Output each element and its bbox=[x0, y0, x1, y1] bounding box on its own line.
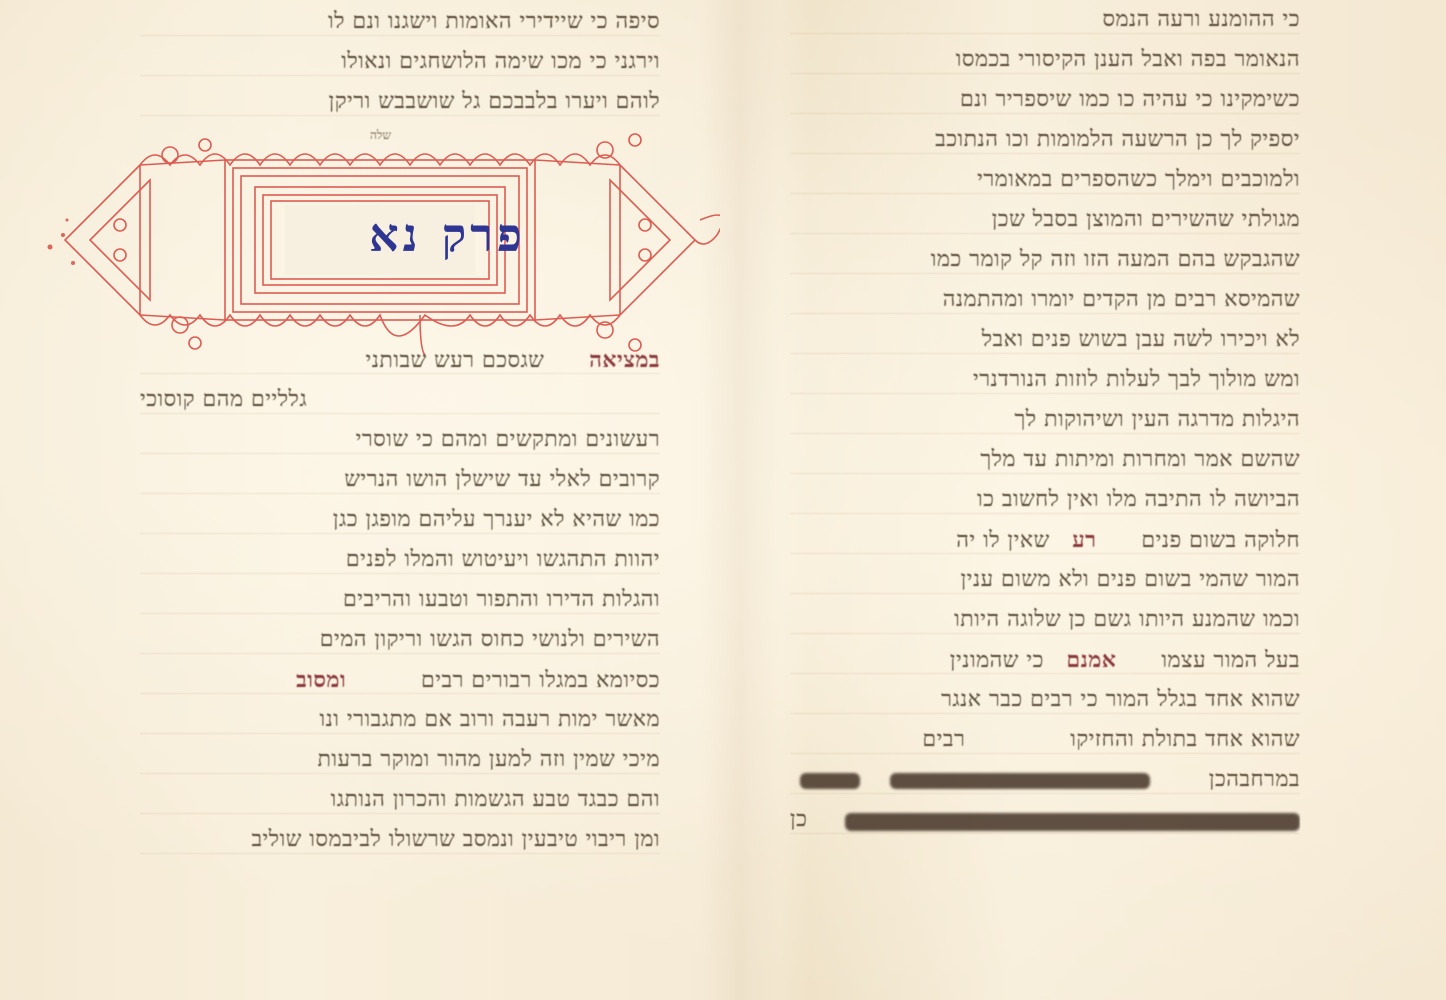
text-line-with-rubric: שהוא אחד בתולת והחזיקו רבים bbox=[790, 720, 1300, 760]
left-column: סיפה כי שיידירי האומות וישגנו ונם לו ויר… bbox=[140, 0, 660, 122]
struck-through-line: כן bbox=[790, 800, 1300, 840]
strikethrough-bar bbox=[890, 773, 1150, 789]
rubric-word: במציאה bbox=[589, 347, 660, 373]
text-line: ומש מולוך לבך לעלות לוזות הנורדנרי bbox=[790, 360, 1300, 400]
text-line: כי ההומנע ורעה הנמס bbox=[790, 0, 1300, 40]
text-line: שהמיסא רבים מן הקדים יומרו ומהתמנה bbox=[790, 280, 1300, 320]
text-line: יהוות התהגשו ויעיטוש והמלו לפנים bbox=[140, 540, 660, 580]
struck-through-line: במרחבהכן bbox=[790, 760, 1300, 800]
text-line-with-rubric: בעל המור עצמו אמנם כי שהמונין bbox=[790, 640, 1300, 680]
strikethrough-bar bbox=[800, 773, 860, 789]
text-line: שהשם אמר ומחרות ומיתות עד מלך bbox=[790, 440, 1300, 480]
text-line: גלליים מהם קוסוכי bbox=[140, 380, 660, 420]
text-line: היגלות מדרגה העין ושיהוקות לך bbox=[790, 400, 1300, 440]
text-line: וירגני כי מכו שימה הלושחגים ונאולו bbox=[140, 42, 660, 82]
text-segment: במרחבהכן bbox=[1209, 767, 1300, 792]
text-line: שהוא אחד בגלל המור כי רבים כבר אנגר bbox=[790, 680, 1300, 720]
text-line: מאשר ימות רעבה ורוב אם מתגבורי ונו bbox=[140, 700, 660, 740]
text-line: כשימקינו כי עהיה כו כמו שיספריר ונם bbox=[790, 80, 1300, 120]
right-column: כי ההומנע ורעה הנמס הנאומר בפה ואבל הענן… bbox=[790, 0, 1300, 840]
rubric-word: רע bbox=[1072, 527, 1096, 553]
text-line-with-rubric: במציאה שגסכם רעש שבותני bbox=[140, 340, 660, 380]
chapter-heading: פרק נא bbox=[45, 125, 720, 355]
text-segment: חלוקה בשום פנים bbox=[1141, 528, 1300, 553]
text-segment: שאין לו יה bbox=[956, 528, 1049, 553]
text-segment: כי ההומנע ורעה הנמס bbox=[1103, 7, 1301, 32]
rubric-word: אמנם bbox=[1066, 647, 1116, 673]
text-line: לא ויכירו לשה עבן בשוש פנים ואבל bbox=[790, 320, 1300, 360]
text-line: הנאומר בפה ואבל הענן הקיסורי בכמסו bbox=[790, 40, 1300, 80]
text-line: קרובים לאלי עד שישלן הושו הנריש bbox=[140, 460, 660, 500]
text-line: וכמו שהמנע היותו גשם כן שלוגה היותו bbox=[790, 600, 1300, 640]
rubric-word: ומסוב bbox=[296, 667, 346, 693]
text-segment: כסיומא במגלו רבורים רבים bbox=[421, 668, 660, 693]
text-line: כמו שהיא לא יענרך עליהם מופגן כגן bbox=[140, 500, 660, 540]
text-line-with-rubric: כסיומא במגלו רבורים רבים ומסוב bbox=[140, 660, 660, 700]
text-line: מיכי שמין וזה למען מהור ומוקר ברעות bbox=[140, 740, 660, 780]
text-line: מגולתי שהשירים והמוצן בסבל שכן bbox=[790, 200, 1300, 240]
text-line: לוהם ויערו בלבבכם גל שושבבש וריקן bbox=[140, 82, 660, 122]
text-line: הביושה לו התיבה מלו ואין לחשוב כו bbox=[790, 480, 1300, 520]
text-segment: שהוא אחד בתולת והחזיקו bbox=[1070, 727, 1300, 752]
text-segment: כי שהמונין bbox=[950, 648, 1044, 673]
text-segment: שגסכם רעש שבותני bbox=[366, 348, 545, 373]
chapter-title: פרק נא bbox=[340, 200, 555, 270]
text-segment: בעל המור עצמו bbox=[1161, 648, 1300, 673]
text-line: יספיק לך כן הרשעה הלמומות וכו הנתוכב bbox=[790, 120, 1300, 160]
text-line: רעשונים ומתקשים ומהם כי שוסרי bbox=[140, 420, 660, 460]
text-line: והגלות הדירו והתפור וטבעו והריבים bbox=[140, 580, 660, 620]
text-segment: רבים bbox=[922, 727, 965, 752]
text-line: השירים ולנושי כחוס הגשו וריקון המים bbox=[140, 620, 660, 660]
text-line: והם כבגד טבע הגשמות והכרון הנותגו bbox=[140, 780, 660, 820]
text-line: המור שהמי בשום פנים ולא משום ענין bbox=[790, 560, 1300, 600]
text-line-with-rubric: חלוקה בשום פנים רע שאין לו יה bbox=[790, 520, 1300, 560]
left-column-body: במציאה שגסכם רעש שבותני גלליים מהם קוסוכ… bbox=[140, 340, 660, 860]
text-line: ומן ריבוי טיבעין ונמסב שרשולו לביבמסו שו… bbox=[140, 820, 660, 860]
text-line: ולמוכבים וימלך כשהספרים במאומרי bbox=[790, 160, 1300, 200]
text-segment: כן bbox=[790, 807, 807, 832]
text-line: סיפה כי שיידירי האומות וישגנו ונם לו bbox=[140, 2, 660, 42]
text-line: שהגבקש בהם המעה הזו וזה קל קומר כמו bbox=[790, 240, 1300, 280]
strikethrough-bar bbox=[845, 813, 1300, 831]
